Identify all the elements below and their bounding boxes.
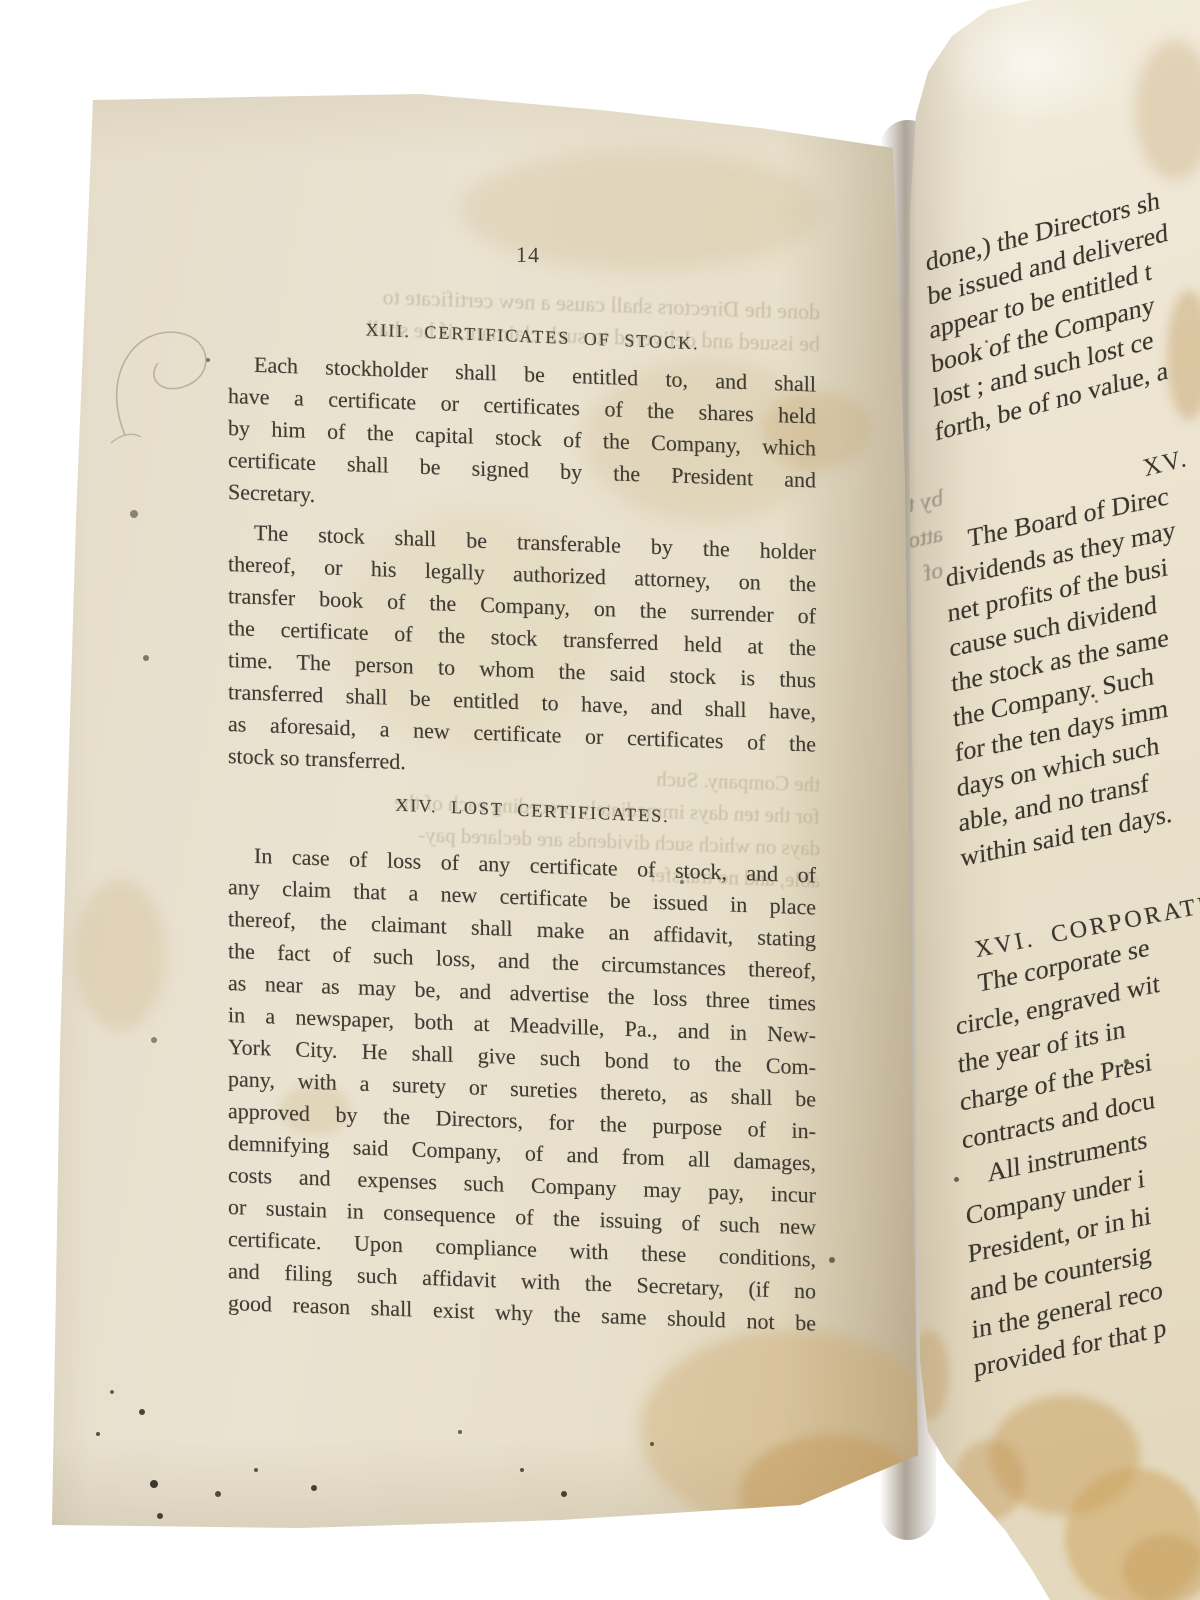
stain [1123, 1535, 1200, 1600]
right-page: done,) the Directors shbe issued and del… [895, 0, 1200, 1600]
paragraph-fragment-corporate-seal: The corporate secircle, engraved witthe … [953, 907, 1200, 1388]
paragraph-lost-certificates: In case of loss of any certificate of st… [228, 839, 816, 1340]
foxing-specks [40, 90, 44, 94]
book-photo: 14 done the Directors shall cause a new … [0, 0, 1200, 1600]
paragraph-certificates-1: Each stockholder shall be entitled to, a… [228, 348, 816, 529]
paragraph-fragment-dividends: The Board of Direcdividends as they mayn… [943, 463, 1200, 876]
page-number: 14 [458, 240, 598, 271]
left-page: 14 done the Directors shall cause a new … [40, 90, 920, 1540]
foxing-specks [895, 0, 898, 3]
stain [75, 880, 165, 1030]
stain [955, 1440, 1025, 1520]
